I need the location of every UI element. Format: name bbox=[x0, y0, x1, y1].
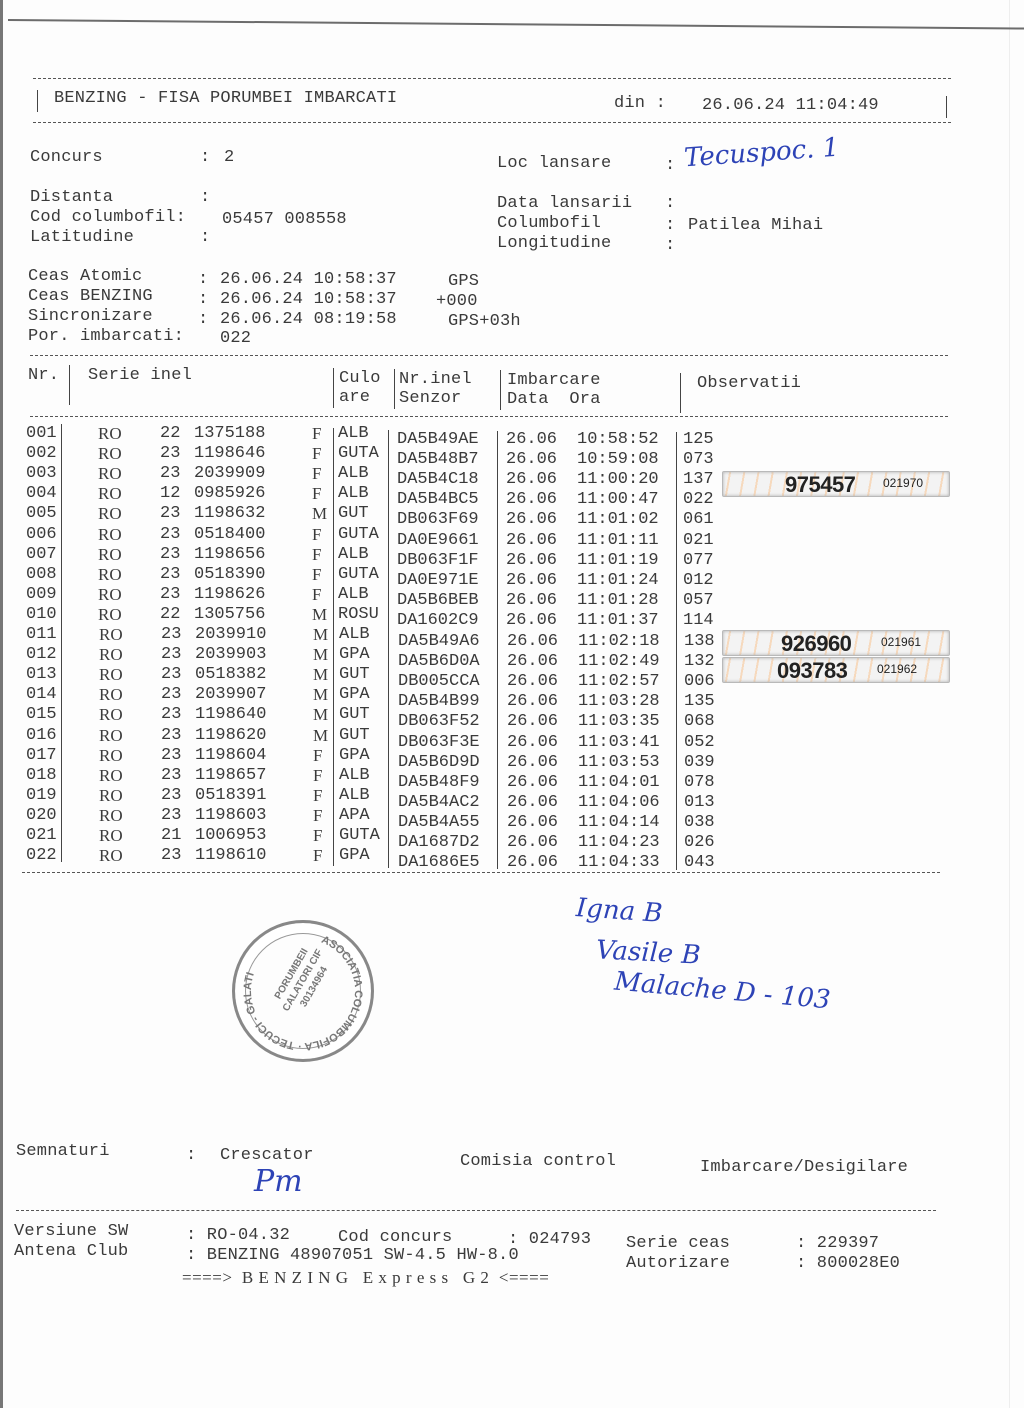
cell-color: GPA bbox=[339, 645, 370, 664]
antena-club-label: Antena Club bbox=[14, 1242, 128, 1261]
commission-signature: Igna B bbox=[575, 893, 663, 929]
divider bbox=[394, 369, 395, 409]
por-imbarcati-label: Por. imbarcati: bbox=[28, 327, 184, 346]
cell-country: RO bbox=[98, 464, 122, 484]
cell-year: 12 bbox=[160, 484, 180, 503]
ceas-atomic-value: 26.06.24 10:58:37 bbox=[220, 270, 397, 289]
cell-country: RO bbox=[99, 665, 123, 685]
cell-sex: F bbox=[313, 766, 322, 786]
cell-nr: 012 bbox=[26, 645, 57, 664]
divider bbox=[30, 355, 948, 356]
cell-nr: 020 bbox=[26, 806, 57, 825]
serie-ceas-value: : 229397 bbox=[796, 1234, 879, 1253]
cell-ring: 0518382 bbox=[195, 665, 266, 684]
seal-number: 975457 bbox=[785, 472, 855, 498]
cell-color: ALB bbox=[338, 545, 369, 564]
column-divider bbox=[676, 432, 677, 870]
columbofil-value: Patilea Mihai bbox=[688, 216, 823, 235]
cell-color: GUT bbox=[339, 705, 370, 724]
cell-ring: 0985926 bbox=[194, 484, 265, 503]
cell-color: GPA bbox=[339, 846, 370, 865]
seal-serial: 021961 bbox=[881, 635, 921, 649]
cell-color: GPA bbox=[339, 746, 370, 765]
divider bbox=[680, 373, 681, 413]
cell-sex: M bbox=[313, 726, 328, 746]
cell-ring: 0518400 bbox=[194, 525, 265, 544]
loc-lansare-label: Loc lansare bbox=[497, 154, 611, 173]
header-imbarcare-2: Data Ora bbox=[507, 390, 601, 409]
table-row: 005RO231198632MGUTDB063F6926.0611:01:020… bbox=[0, 504, 1024, 524]
ceas-benzing-value: 26.06.24 10:58:37 bbox=[220, 290, 397, 309]
cell-ring: 1198646 bbox=[194, 444, 265, 463]
data-lansarii-colon: : bbox=[665, 194, 675, 213]
cod-concurs-value: : 024793 bbox=[508, 1230, 591, 1249]
cell-nr: 002 bbox=[26, 444, 57, 463]
table-row: 014RO232039907MGPADA5B4B9926.0611:03:281… bbox=[0, 685, 1024, 705]
seal-number: 093783 bbox=[777, 658, 847, 684]
header-observatii: Observatii bbox=[697, 374, 801, 393]
cell-obs: 043 bbox=[684, 853, 715, 872]
header-culoare-2: are bbox=[339, 388, 370, 407]
cell-country: RO bbox=[99, 705, 123, 725]
commission-signature: Vasile B bbox=[595, 935, 701, 970]
cell-color: ALB bbox=[338, 585, 369, 604]
cell-year: 22 bbox=[160, 424, 180, 443]
table-row: 021RO211006953FGUTADA1687D226.0611:04:23… bbox=[0, 826, 1024, 846]
cell-year: 23 bbox=[161, 645, 181, 664]
header-serie-inel: Serie inel bbox=[88, 366, 192, 385]
seal-serial: 021970 bbox=[883, 476, 923, 490]
cell-nr: 011 bbox=[26, 625, 57, 644]
divider bbox=[30, 416, 948, 417]
seal-serial: 021962 bbox=[877, 662, 917, 676]
cell-color: GUT bbox=[338, 504, 369, 523]
cell-ring: 1305756 bbox=[194, 605, 265, 624]
cell-color: GUTA bbox=[338, 565, 379, 584]
cell-country: RO bbox=[99, 746, 123, 766]
din-label: din : bbox=[614, 94, 666, 113]
cell-color: ALB bbox=[338, 464, 369, 483]
cell-country: RO bbox=[98, 525, 122, 545]
cell-color: GUTA bbox=[338, 525, 379, 544]
cell-ring: 0518390 bbox=[194, 565, 265, 584]
cod-columbofil-value: 05457 008558 bbox=[222, 210, 347, 229]
cell-sex: M bbox=[313, 645, 328, 665]
cell-ring: 1198620 bbox=[195, 726, 266, 745]
header-nr-inel-1: Nr.inel bbox=[399, 370, 472, 389]
cell-sex: F bbox=[312, 525, 321, 545]
cell-sex: M bbox=[313, 685, 328, 705]
serie-ceas-label: Serie ceas bbox=[626, 1234, 730, 1253]
cell-color: GUT bbox=[339, 726, 370, 745]
divider bbox=[33, 78, 951, 79]
cell-ring: 1198640 bbox=[195, 705, 266, 724]
cell-ring: 2039909 bbox=[194, 464, 265, 483]
table-row: 022RO231198610FGPADA1686E526.0611:04:330… bbox=[0, 846, 1024, 866]
table-row: 009RO231198626FALBDA5B6BEB26.0611:01:280… bbox=[0, 585, 1024, 605]
cell-year: 23 bbox=[160, 464, 180, 483]
cell-country: RO bbox=[99, 846, 123, 866]
cell-sex: F bbox=[312, 464, 321, 484]
cell-year: 23 bbox=[160, 504, 180, 523]
cell-country: RO bbox=[98, 585, 122, 605]
header-culoare-1: Culo bbox=[339, 369, 381, 388]
cell-nr: 019 bbox=[26, 786, 57, 805]
distanta-label: Distanta bbox=[30, 188, 113, 207]
cell-color: GPA bbox=[339, 685, 370, 704]
cell-year: 23 bbox=[161, 726, 181, 745]
sincronizare-label: Sincronizare bbox=[28, 307, 153, 326]
cell-ring: 2039907 bbox=[195, 685, 266, 704]
divider bbox=[500, 370, 501, 410]
cell-color: ALB bbox=[338, 424, 369, 443]
cell-sex: F bbox=[313, 826, 322, 846]
cell-nr: 017 bbox=[26, 746, 57, 765]
cell-nr: 015 bbox=[26, 705, 57, 724]
cell-country: RO bbox=[98, 605, 122, 625]
sincronizare-suffix: GPS+03h bbox=[448, 312, 521, 331]
cell-year: 23 bbox=[161, 786, 181, 805]
cell-color: GUTA bbox=[339, 826, 380, 845]
cell-country: RO bbox=[98, 504, 122, 524]
seal-sticker: 926960 021961 bbox=[722, 630, 950, 656]
table-row: 006RO230518400FGUTADA0E966126.0611:01:11… bbox=[0, 525, 1024, 545]
cell-nr: 001 bbox=[26, 424, 57, 443]
cell-country: RO bbox=[99, 826, 123, 846]
cell-date: 26.06 bbox=[507, 853, 558, 872]
cell-nr: 009 bbox=[26, 585, 57, 604]
cell-ring: 0518391 bbox=[195, 786, 266, 805]
imbarcare-desigilare-label: Imbarcare/Desigilare bbox=[700, 1158, 908, 1177]
table-row: 002RO231198646FGUTADA5B48B726.0610:59:08… bbox=[0, 444, 1024, 464]
divider bbox=[333, 368, 334, 408]
cell-year: 23 bbox=[160, 525, 180, 544]
antena-club-value: : BENZING 48907051 SW-4.5 HW-8.0 bbox=[186, 1246, 519, 1265]
cell-nr: 008 bbox=[26, 565, 57, 584]
cell-ring: 1198626 bbox=[194, 585, 265, 604]
cell-country: RO bbox=[99, 766, 123, 786]
table-row: 001RO221375188FALBDA5B49AE26.0610:58:521… bbox=[0, 424, 1024, 444]
cell-color: APA bbox=[339, 806, 370, 825]
sincronizare-value: 26.06.24 08:19:58 bbox=[220, 310, 397, 329]
column-divider bbox=[61, 424, 62, 862]
longitudine-label: Longitudine bbox=[497, 234, 611, 253]
header-imbarcare-1: Imbarcare bbox=[507, 371, 601, 390]
seal-sticker: 093783 021962 bbox=[722, 657, 950, 683]
cell-sensor: DA1686E5 bbox=[398, 853, 480, 872]
seal-sticker: 975457 021970 bbox=[722, 471, 950, 497]
cell-country: RO bbox=[99, 625, 123, 645]
cell-nr: 018 bbox=[26, 766, 57, 785]
cell-color: ALB bbox=[339, 625, 370, 644]
cell-year: 23 bbox=[160, 565, 180, 584]
autorizare-value: : 800028E0 bbox=[796, 1254, 900, 1273]
cell-ring: 1198604 bbox=[195, 746, 266, 765]
cell-nr: 013 bbox=[26, 665, 57, 684]
semnaturi-label: Semnaturi bbox=[16, 1142, 110, 1161]
loc-lansare-handwritten: Tecuspoc. 1 bbox=[683, 133, 840, 174]
paper-fold-line bbox=[8, 19, 1024, 30]
cell-color: GUT bbox=[339, 665, 370, 684]
table-row: 010RO221305756MROSUDA1602C926.0611:01:37… bbox=[0, 605, 1024, 625]
versiune-sw-label: Versiune SW bbox=[14, 1222, 128, 1241]
concurs-value: 2 bbox=[224, 148, 234, 167]
cell-sex: M bbox=[313, 625, 328, 645]
divider bbox=[69, 365, 70, 405]
cell-sex: F bbox=[312, 545, 321, 565]
header-nr: Nr. bbox=[28, 366, 59, 385]
cell-year: 23 bbox=[161, 846, 181, 865]
cod-concurs-label: Cod concurs bbox=[338, 1228, 452, 1247]
table-row: 018RO231198657FALBDA5B48F926.0611:04:010… bbox=[0, 766, 1024, 786]
cell-nr: 022 bbox=[26, 846, 57, 865]
cell-year: 23 bbox=[161, 766, 181, 785]
table-row: 007RO231198656FALBDB063F1F26.0611:01:190… bbox=[0, 545, 1024, 565]
cell-nr: 003 bbox=[26, 464, 57, 483]
cell-ring: 1198610 bbox=[195, 846, 266, 865]
table-row: 020RO231198603FAPADA5B4A5526.0611:04:140… bbox=[0, 806, 1024, 826]
cell-color: ROSU bbox=[338, 605, 379, 624]
cell-ring: 1006953 bbox=[195, 826, 266, 845]
sincronizare-colon: : bbox=[198, 310, 208, 329]
semnaturi-colon: : bbox=[186, 1146, 196, 1165]
benzing-banner: ====> B E N Z I N G E x p r e s s G 2 <=… bbox=[182, 1268, 549, 1288]
data-lansarii-label: Data lansarii bbox=[497, 194, 632, 213]
por-imbarcati-value: 022 bbox=[220, 329, 251, 348]
column-divider bbox=[388, 430, 389, 868]
column-divider bbox=[497, 431, 498, 869]
cell-country: RO bbox=[99, 786, 123, 806]
divider bbox=[946, 96, 947, 118]
cell-sex: F bbox=[313, 786, 322, 806]
loc-lansare-colon: : bbox=[665, 156, 675, 175]
cell-nr: 006 bbox=[26, 525, 57, 544]
document-title: BENZING - FISA PORUMBEI IMBARCATI bbox=[54, 89, 397, 108]
ceas-benzing-suffix: +000 bbox=[436, 292, 478, 311]
crescator-signature: Pm bbox=[254, 1164, 303, 1199]
cell-sex: F bbox=[313, 846, 322, 866]
cell-country: RO bbox=[98, 484, 122, 504]
table-row: 015RO231198640MGUTDB063F5226.0611:03:350… bbox=[0, 705, 1024, 725]
cell-year: 22 bbox=[160, 605, 180, 624]
cell-year: 23 bbox=[160, 545, 180, 564]
divider bbox=[33, 122, 951, 123]
cell-sex: M bbox=[313, 665, 328, 685]
cell-year: 21 bbox=[161, 826, 181, 845]
table-row: 017RO231198604FGPADA5B6D9D26.0611:03:530… bbox=[0, 746, 1024, 766]
cell-sex: F bbox=[313, 746, 322, 766]
cell-country: RO bbox=[98, 424, 122, 444]
cell-year: 23 bbox=[160, 585, 180, 604]
cell-sex: F bbox=[312, 444, 321, 464]
autorizare-label: Autorizare bbox=[626, 1254, 730, 1273]
columbofil-colon: : bbox=[665, 216, 675, 235]
cell-ring: 1375188 bbox=[194, 424, 265, 443]
cell-ring: 2039903 bbox=[195, 645, 266, 664]
ceas-benzing-label: Ceas BENZING bbox=[28, 287, 153, 306]
cell-year: 23 bbox=[161, 665, 181, 684]
latitudine-colon: : bbox=[200, 228, 210, 247]
ceas-atomic-colon: : bbox=[198, 270, 208, 289]
divider bbox=[16, 1210, 936, 1211]
cell-year: 23 bbox=[161, 625, 181, 644]
cell-nr: 014 bbox=[26, 685, 57, 704]
divider bbox=[22, 872, 940, 873]
cell-sex: M bbox=[312, 605, 327, 625]
comisia-control-label: Comisia control bbox=[460, 1152, 616, 1171]
table-row: 016RO231198620MGUTDB063F3E26.0611:03:410… bbox=[0, 726, 1024, 746]
cell-ring: 2039910 bbox=[195, 625, 266, 644]
din-value: 26.06.24 11:04:49 bbox=[702, 96, 879, 115]
crescator-label: Crescator bbox=[220, 1146, 314, 1165]
longitudine-colon: : bbox=[665, 236, 675, 255]
cell-year: 23 bbox=[161, 746, 181, 765]
latitudine-label: Latitudine bbox=[30, 228, 134, 247]
cell-nr: 004 bbox=[26, 484, 57, 503]
cell-nr: 005 bbox=[26, 504, 57, 523]
cell-time: 11:04:33 bbox=[578, 853, 660, 872]
cell-country: RO bbox=[99, 645, 123, 665]
cell-nr: 007 bbox=[26, 545, 57, 564]
cell-country: RO bbox=[98, 444, 122, 464]
divider bbox=[37, 90, 38, 112]
ceas-atomic-label: Ceas Atomic bbox=[28, 267, 142, 286]
cell-color: GUTA bbox=[338, 444, 379, 463]
cell-sex: M bbox=[313, 705, 328, 725]
header-nr-inel-2: Senzor bbox=[399, 389, 461, 408]
cell-year: 23 bbox=[161, 685, 181, 704]
cell-country: RO bbox=[99, 685, 123, 705]
cell-sex: F bbox=[312, 585, 321, 605]
cell-nr: 010 bbox=[26, 605, 57, 624]
cell-color: ALB bbox=[339, 786, 370, 805]
columbofil-label: Columbofil bbox=[497, 214, 601, 233]
cell-sex: M bbox=[312, 504, 327, 524]
cell-year: 23 bbox=[161, 705, 181, 724]
distanta-colon: : bbox=[200, 188, 210, 207]
cell-year: 23 bbox=[161, 806, 181, 825]
seal-number: 926960 bbox=[781, 631, 851, 657]
versiune-sw-value: : RO-04.32 bbox=[186, 1226, 290, 1245]
concurs-colon: : bbox=[200, 148, 210, 167]
cell-sex: F bbox=[312, 565, 321, 585]
ceas-benzing-colon: : bbox=[198, 290, 208, 309]
club-stamp: ASOCIATIA COLUMBOFILA · TECUCI - GALATI … bbox=[232, 920, 374, 1062]
cell-nr: 021 bbox=[26, 826, 57, 845]
cell-color: ALB bbox=[339, 766, 370, 785]
cell-sex: F bbox=[312, 484, 321, 504]
concurs-label: Concurs bbox=[30, 148, 103, 167]
cell-nr: 016 bbox=[26, 726, 57, 745]
cell-country: RO bbox=[99, 806, 123, 826]
cell-ring: 1198603 bbox=[195, 806, 266, 825]
cell-year: 23 bbox=[160, 444, 180, 463]
cod-columbofil-label: Cod columbofil: bbox=[30, 208, 186, 227]
cell-sex: F bbox=[313, 806, 322, 826]
cell-country: RO bbox=[98, 545, 122, 565]
cell-sex: F bbox=[312, 424, 321, 444]
cell-color: ALB bbox=[338, 484, 369, 503]
cell-ring: 1198656 bbox=[194, 545, 265, 564]
commission-signature: Malache D - 103 bbox=[613, 967, 831, 1016]
cell-country: RO bbox=[98, 565, 122, 585]
cell-country: RO bbox=[99, 726, 123, 746]
ceas-atomic-suffix: GPS bbox=[448, 272, 479, 291]
cell-ring: 1198657 bbox=[195, 766, 266, 785]
cell-ring: 1198632 bbox=[194, 504, 265, 523]
column-divider bbox=[333, 428, 334, 866]
table-row: 008RO230518390FGUTADA0E971E26.0611:01:24… bbox=[0, 565, 1024, 585]
table-row: 019RO230518391FALBDA5B4AC226.0611:04:060… bbox=[0, 786, 1024, 806]
